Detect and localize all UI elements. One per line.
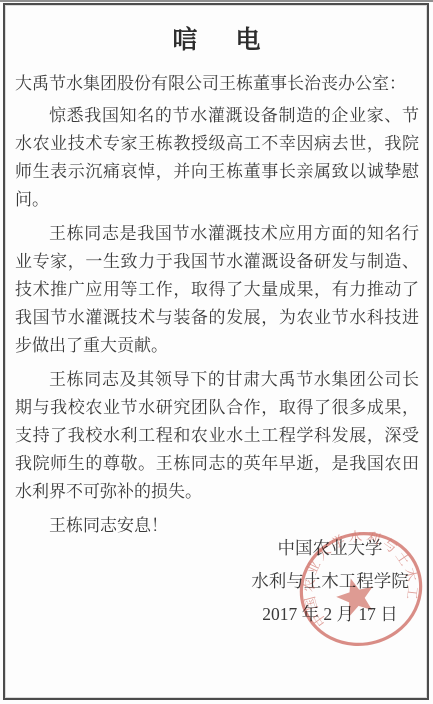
condolence-letter-page: 唁电 大禹节水集团股份有限公司王栋董事长治丧办公室： 惊悉我国知名的节水灌溉设备…	[0, 0, 433, 704]
addressee-line: 大禹节水集团股份有限公司王栋董事长治丧办公室：	[15, 70, 419, 98]
paragraph-1: 惊悉我国知名的节水灌溉设备制造的企业家、节水农业技术专家王栋教授级高工不幸因病去…	[15, 102, 419, 214]
scan-edge-top	[0, 0, 433, 2]
paragraph-2: 王栋同志是我国节水灌溉技术应用方面的知名行业专家，一生致力于我国节水灌溉设备研发…	[15, 220, 419, 360]
seal-star-icon	[332, 573, 379, 618]
title-char-1: 唁	[172, 27, 197, 54]
title-char-2: 电	[236, 27, 261, 54]
document-title: 唁电	[0, 20, 433, 56]
paragraph-3: 王栋同志及其领导下的甘肃大禹节水集团公司长期与我校农业节水研究团队合作，取得了很…	[15, 366, 419, 506]
letter-body: 大禹节水集团股份有限公司王栋董事长治丧办公室： 惊悉我国知名的节水灌溉设备制造的…	[15, 70, 419, 540]
